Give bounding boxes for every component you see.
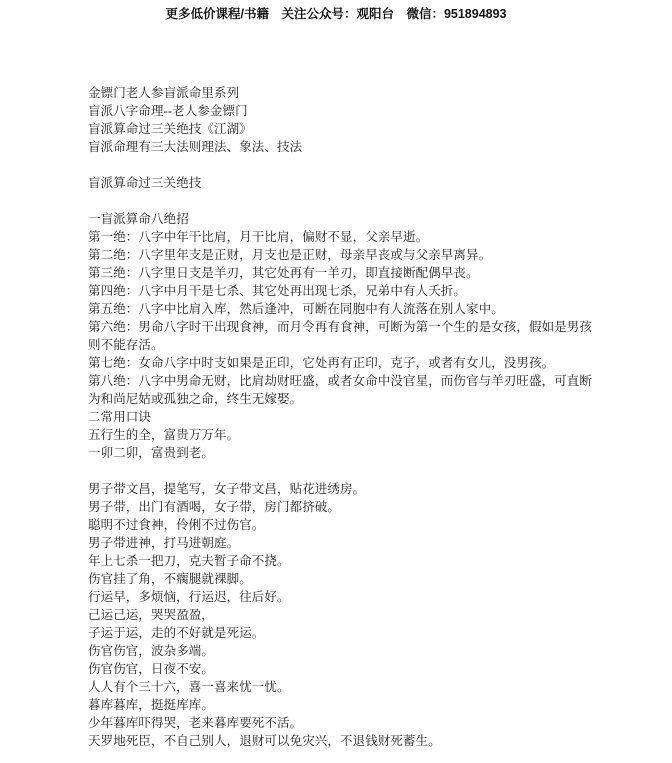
- text-line: 第六绝：男命八字时干出现食神，而月令再有食神，可断为第一个生的是女孩，假如是男孩: [88, 318, 608, 336]
- text-line: 己运己运，哭哭盈盈，: [88, 606, 608, 624]
- text-line: 盲派算命过三关绝技《江湖》: [88, 120, 608, 138]
- text-line: 男子带，出门有酒喝，女子带，房门都挤破。: [88, 498, 608, 516]
- text-line: 子运于运，走的不好就是死运。: [88, 624, 608, 642]
- text-line: 盲派八字命理--老人参金镖门: [88, 102, 608, 120]
- text-line: 第七绝：女命八字中时支如果是正印，它处再有正印，克子，或者有女儿，没男孩。: [88, 354, 608, 372]
- text-line: 伤官伤官，日夜不安。: [88, 660, 608, 678]
- text-line: 少年暮库吓得哭，老来暮库要死不活。: [88, 714, 608, 732]
- text-line: 人人有个三十六，喜一喜来忧一忧。: [88, 678, 608, 696]
- text-line: 第八绝：八字中男命无财，比肩劫财旺盛，或者女命中没官星，而伤官与羊刃旺盛，可直断: [88, 372, 608, 390]
- text-line: 伤官挂了角，不瘸腿就裸脚。: [88, 570, 608, 588]
- text-line: 男子带文昌，提笔写，女子带文昌，贴花进绣房。: [88, 480, 608, 498]
- text-line: 第一绝：八字中年干比肩，月干比肩，偏财不显，父亲早逝。: [88, 228, 608, 246]
- text-line: 则不能存活。: [88, 336, 608, 354]
- text-line: 五行生的全，富贵万万年。: [88, 426, 608, 444]
- text-line: 行运早，多烦恼，行运迟，往后好。: [88, 588, 608, 606]
- text-line: 男子带进神，打马进朝庭。: [88, 534, 608, 552]
- text-line: 天罗地死臣，不自己别人，退财可以免灾兴，不退钱财死蓄生。: [88, 732, 608, 750]
- text-line: 一卯二卯，富贵到老。: [88, 444, 608, 462]
- text-line: 一盲派算命八绝招: [88, 210, 608, 228]
- text-line: 盲派算命过三关绝技: [88, 174, 608, 192]
- text-line: 第五绝：八字中比肩入库，然后逢冲，可断在同胞中有人流落在别人家中。: [88, 300, 608, 318]
- text-line: 为和尚尼姑或孤独之命，终生无嫁娶。: [88, 390, 608, 408]
- text-line: 伤官伤官，波杂多端。: [88, 642, 608, 660]
- text-line: 聪明不过食神，伶俐不过伤官。: [88, 516, 608, 534]
- text-line: 金镖门老人参盲派命里系列: [88, 84, 608, 102]
- text-line: 年上七杀一把刀，克夫暂子命不挠。: [88, 552, 608, 570]
- text-line: 暮库暮库，挺挺库库。: [88, 696, 608, 714]
- document-body: 金镖门老人参盲派命里系列盲派八字命理--老人参金镖门盲派算命过三关绝技《江湖》盲…: [88, 84, 608, 750]
- text-line: 第二绝：八字里年支是正财，月支也是正财，母亲早丧或与父亲早离异。: [88, 246, 608, 264]
- blank-line: [88, 156, 608, 174]
- text-line: 第三绝：八字里日支是羊刃，其它处再有一羊刃，即直接断配偶早丧。: [88, 264, 608, 282]
- promo-header-text: 更多低价课程/书籍 关注公众号：观阳台 微信：951894893: [0, 6, 672, 22]
- text-line: 盲派命理有三大法则理法、象法、技法: [88, 138, 608, 156]
- text-line: 二常用口诀: [88, 408, 608, 426]
- text-line: 第四绝：八字中月干是七杀、其它处再出现七杀，兄弟中有人夭折。: [88, 282, 608, 300]
- blank-line: [88, 462, 608, 480]
- document-page: 更多低价课程/书籍 关注公众号：观阳台 微信：951894893 金镖门老人参盲…: [0, 0, 672, 763]
- blank-line: [88, 192, 608, 210]
